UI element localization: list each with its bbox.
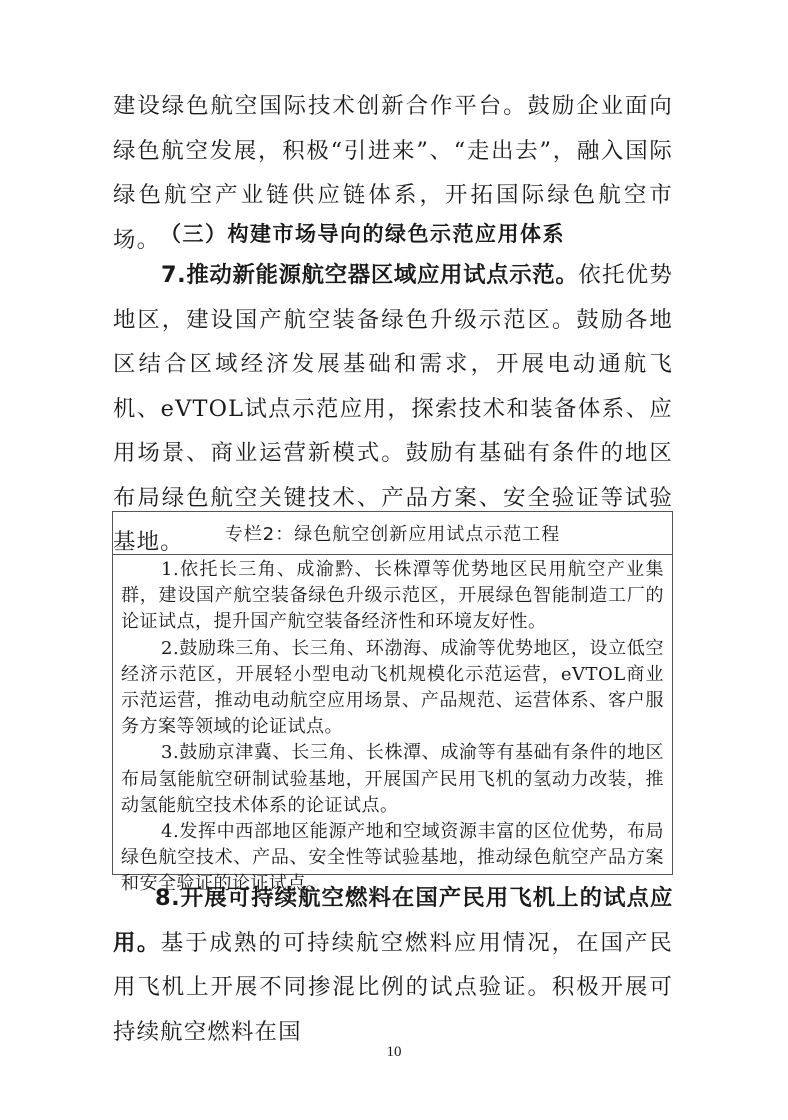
page-number: 10: [0, 1044, 788, 1061]
section-heading: （三）构建市场导向的绿色示范应用体系: [160, 218, 565, 248]
item8-body: 基于成熟的可持续航空燃料应用情况，在国产民用飞机上开展不同掺混比例的试点验证。积…: [113, 930, 673, 1045]
box-item-3: 3.鼓励京津冀、长三角、长株潭、成渝等有基础有条件的地区布局氢能航空研制试验基地…: [121, 740, 664, 819]
item7-title: 7.推动新能源航空器区域应用试点示范。: [161, 262, 578, 288]
feature-box: 专栏2：绿色航空创新应用试点示范工程 1.依托长三角、成渝黔、长株潭等优势地区民…: [112, 511, 673, 875]
box-item-2: 2.鼓励珠三角、长三角、环渤海、成渝等优势地区，设立低空经济示范区，开展轻小型电…: [121, 636, 664, 741]
item8-paragraph: 8.开展可持续航空燃料在国产民用飞机上的试点应用。基于成熟的可持续航空燃料应用情…: [113, 876, 673, 1054]
box-title: 专栏2：绿色航空创新应用试点示范工程: [113, 512, 672, 555]
box-body: 1.依托长三角、成渝黔、长株潭等优势地区民用航空产业集群，建设国产航空装备绿色升…: [113, 555, 672, 898]
box-item-1: 1.依托长三角、成渝黔、长株潭等优势地区民用航空产业集群，建设国产航空装备绿色升…: [121, 557, 664, 636]
